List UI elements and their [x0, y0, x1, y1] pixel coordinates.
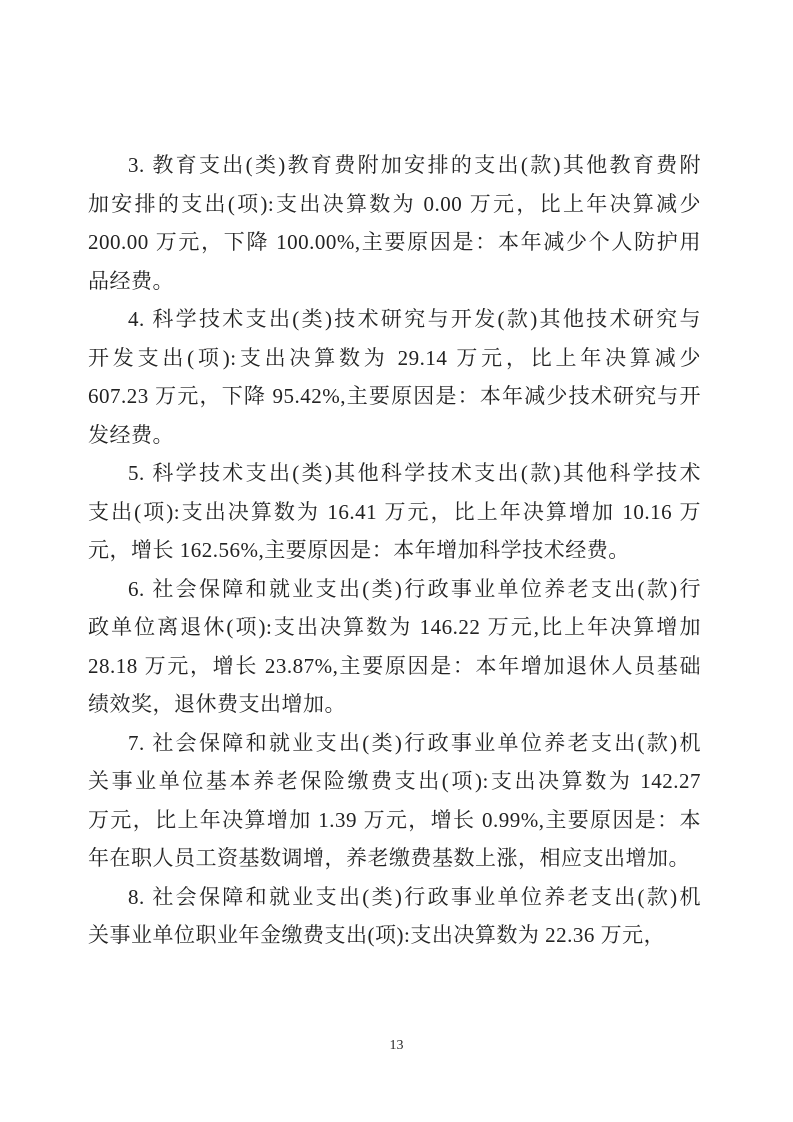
paragraph-line: 元，增长 162.56%,主要原因是：本年增加科学技术经费。: [88, 531, 701, 570]
paragraph-5: 5. 科学技术支出(类)其他科学技术支出(款)其他科学技术 支出(项):支出决算…: [88, 454, 701, 570]
paragraph-line: 支出(项):支出决算数为 16.41 万元，比上年决算增加 10.16 万: [88, 493, 701, 532]
document-page: 3. 教育支出(类)教育费附加安排的支出(款)其他教育费附 加安排的支出(项):…: [0, 0, 793, 1122]
paragraph-line: 28.18 万元，增长 23.87%,主要原因是：本年增加退休人员基础: [88, 647, 701, 686]
paragraph-line: 开发支出(项):支出决算数为 29.14 万元，比上年决算减少: [88, 339, 701, 378]
paragraph-line: 4. 科学技术支出(类)技术研究与开发(款)其他技术研究与: [88, 300, 701, 339]
paragraph-line: 8. 社会保障和就业支出(类)行政事业单位养老支出(款)机: [88, 878, 701, 917]
page-number: 13: [0, 1038, 793, 1054]
paragraph-line: 5. 科学技术支出(类)其他科学技术支出(款)其他科学技术: [88, 454, 701, 493]
paragraph-line: 发经费。: [88, 416, 701, 455]
paragraph-6: 6. 社会保障和就业支出(类)行政事业单位养老支出(款)行 政单位离退休(项):…: [88, 570, 701, 724]
paragraph-line: 年在职人员工资基数调增，养老缴费基数上涨，相应支出增加。: [88, 839, 701, 878]
paragraph-3: 3. 教育支出(类)教育费附加安排的支出(款)其他教育费附 加安排的支出(项):…: [88, 146, 701, 300]
paragraph-line: 6. 社会保障和就业支出(类)行政事业单位养老支出(款)行: [88, 570, 701, 609]
paragraph-line: 607.23 万元，下降 95.42%,主要原因是：本年减少技术研究与开: [88, 377, 701, 416]
paragraph-line: 万元，比上年决算增加 1.39 万元，增长 0.99%,主要原因是：本: [88, 801, 701, 840]
paragraph-line: 200.00 万元，下降 100.00%,主要原因是：本年减少个人防护用: [88, 223, 701, 262]
paragraph-line: 关事业单位职业年金缴费支出(项):支出决算数为 22.36 万元，: [88, 916, 701, 955]
paragraph-line: 7. 社会保障和就业支出(类)行政事业单位养老支出(款)机: [88, 724, 701, 763]
paragraph-4: 4. 科学技术支出(类)技术研究与开发(款)其他技术研究与 开发支出(项):支出…: [88, 300, 701, 454]
paragraph-line: 政单位离退休(项):支出决算数为 146.22 万元,比上年决算增加: [88, 608, 701, 647]
paragraph-line: 品经费。: [88, 262, 701, 301]
text-block: 3. 教育支出(类)教育费附加安排的支出(款)其他教育费附 加安排的支出(项):…: [88, 146, 701, 955]
paragraph-7: 7. 社会保障和就业支出(类)行政事业单位养老支出(款)机 关事业单位基本养老保…: [88, 724, 701, 878]
paragraph-line: 绩效奖，退休费支出增加。: [88, 685, 701, 724]
paragraph-line: 加安排的支出(项):支出决算数为 0.00 万元，比上年决算减少: [88, 185, 701, 224]
paragraph-8: 8. 社会保障和就业支出(类)行政事业单位养老支出(款)机 关事业单位职业年金缴…: [88, 878, 701, 955]
paragraph-line: 关事业单位基本养老保险缴费支出(项):支出决算数为 142.27: [88, 762, 701, 801]
paragraph-line: 3. 教育支出(类)教育费附加安排的支出(款)其他教育费附: [88, 146, 701, 185]
